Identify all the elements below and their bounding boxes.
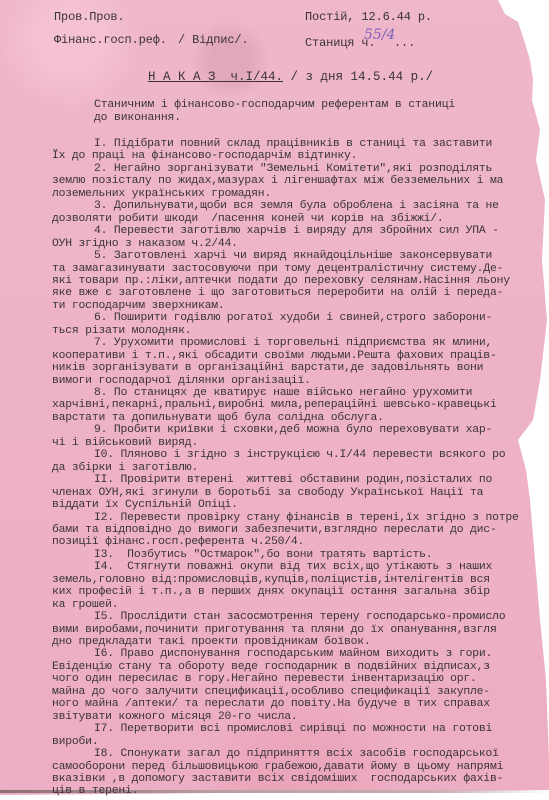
- order-line: вимоги господарчої ділянки організації.: [52, 375, 311, 387]
- order-line: звітувати кожного місяця 20-го числа.: [52, 711, 298, 723]
- order-line: Їх до праці на фінансово-господарчім від…: [52, 150, 357, 162]
- order-line: вироби.: [52, 736, 98, 748]
- order-line: 8. По станицях де кватирує наше військо …: [94, 387, 472, 399]
- order-line: земель,головно від:промисловців,купців,п…: [52, 574, 490, 586]
- order-line: 6. Поширити годівлю рогатої худоби і сви…: [94, 312, 492, 324]
- order-line: ти господарчим зверхникам.: [52, 300, 225, 312]
- order-line: 7. Урухомити промислові і торговельні пі…: [94, 337, 492, 349]
- addressee-line-2: до виконання.: [94, 112, 181, 124]
- order-line: землю позісталу по жидах,мазурах і ліген…: [52, 175, 503, 187]
- order-line: I. Підібрати повний склад працівників в …: [94, 138, 492, 150]
- order-line: 4. Перевести заготівлю харчів і виряду д…: [94, 225, 499, 237]
- order-title: Н А К А З ч.I/44. / з дня 14.5.44 р./: [148, 70, 433, 84]
- place-date: Постій, 12.6.44 р.: [305, 10, 432, 24]
- order-line: дно предкладати такі проекти провідникам…: [52, 636, 371, 648]
- order-line: майна до чого залучити спецификації,особ…: [52, 686, 490, 698]
- order-line: бами та відповідно до вимоги забезпечити…: [52, 524, 497, 536]
- order-line: ників зорганізувати в організаційні варс…: [52, 362, 483, 374]
- order-line: ного майна /аптеки/ та переслати до пові…: [52, 698, 490, 710]
- order-line: ка грошей.: [52, 599, 118, 611]
- order-title-main: Н А К А З ч.I/44.: [148, 70, 283, 84]
- order-line: лоземельних українських громадян.: [52, 188, 271, 200]
- order-line: позиції фінанс.госп.референта ч.250/4.: [52, 536, 304, 548]
- order-line: да збірки і заготівлю.: [52, 462, 198, 474]
- order-line: кооперативи і т.п.,які обсадити своїми л…: [52, 350, 497, 362]
- order-line: 5. Заготовлені харчі чи виряд якнайдоціл…: [94, 250, 492, 262]
- order-line: харчівні,пекарні,пральні,виробні мила,ре…: [52, 399, 497, 411]
- order-line: варстати та допильнувати щоб була солідн…: [52, 412, 384, 424]
- order-line: дозволяти робити шкоди /пасення коней чи…: [52, 213, 444, 225]
- addressee-line-1: Станичним і фінансово-господарчим рефере…: [94, 99, 455, 111]
- order-line: Евіденцію стану та обороту веде господар…: [52, 661, 490, 673]
- order-line: яке вже є заготовлене і що заготовиться …: [52, 287, 503, 299]
- order-line: чого один пересилає в гору.Негайно перев…: [52, 673, 477, 685]
- order-line: ців в терені.: [52, 785, 138, 797]
- order-line: 9. Пробити криївки і сховки,деб можна бу…: [94, 424, 492, 436]
- order-line: які товари пр.:ліки,аптечки подати до пе…: [52, 275, 510, 287]
- station-number-handwritten: 55/4: [364, 27, 395, 43]
- order-line: I3. Позбутись "Остмарок",бо вони тратять…: [94, 549, 432, 561]
- order-line: ться різати молодняк.: [52, 325, 191, 337]
- order-line: ОУН згідно з наказом ч.2/44.: [52, 238, 238, 250]
- order-line: II. Провірити втерені життеві обставини …: [94, 474, 492, 486]
- order-line: вими виробами,починити приготування та п…: [52, 624, 497, 636]
- order-line: I2. Перевести провірку стану фінансів в …: [94, 512, 519, 524]
- order-line: членах ОУН,які згинули в боротьбі за сво…: [52, 487, 483, 499]
- header-left-line-1: Пров.Пров.: [54, 10, 125, 24]
- order-line: I6. Право диспонування господарським май…: [94, 648, 492, 660]
- order-line: I5. Прослідити стан засосмотрення терену…: [94, 611, 505, 623]
- order-title-date: / з дня 14.5.44 р./: [291, 70, 434, 84]
- order-line: самооборони перед більшовицькою грабежою…: [52, 761, 503, 773]
- order-line: вказівки ,в допомогу заставити всіх свід…: [52, 773, 503, 785]
- header-left-line-2: Фінанс.госп.реф.: [54, 33, 167, 47]
- order-line: 2. Негайно зорганізувати "Земельні Коміт…: [94, 163, 492, 175]
- order-line: I0. Пляново і згідно з інструкцією ч.I/4…: [94, 449, 505, 461]
- order-line: ких професій і т.п.,а в перших днях окуп…: [52, 586, 490, 598]
- copy-label: / Відпис/.: [178, 33, 249, 47]
- station-dots: ...: [394, 36, 415, 50]
- order-line: та замагазинувати застосовуючи при тому …: [52, 263, 503, 275]
- order-line: віддати їх Суспільній Опіці.: [52, 499, 238, 511]
- order-line: чі і військовий виряд.: [52, 437, 198, 449]
- order-line: I4. Стягнути поважні окупи від тих всіх,…: [94, 561, 492, 573]
- order-line: I7. Перетворити всі промислові сирівці п…: [94, 723, 492, 735]
- order-line: I8. Спонукати загал до підприняття всіх …: [94, 748, 499, 760]
- order-line: 3. Допильнувати,щоби вся земля була обро…: [94, 200, 499, 212]
